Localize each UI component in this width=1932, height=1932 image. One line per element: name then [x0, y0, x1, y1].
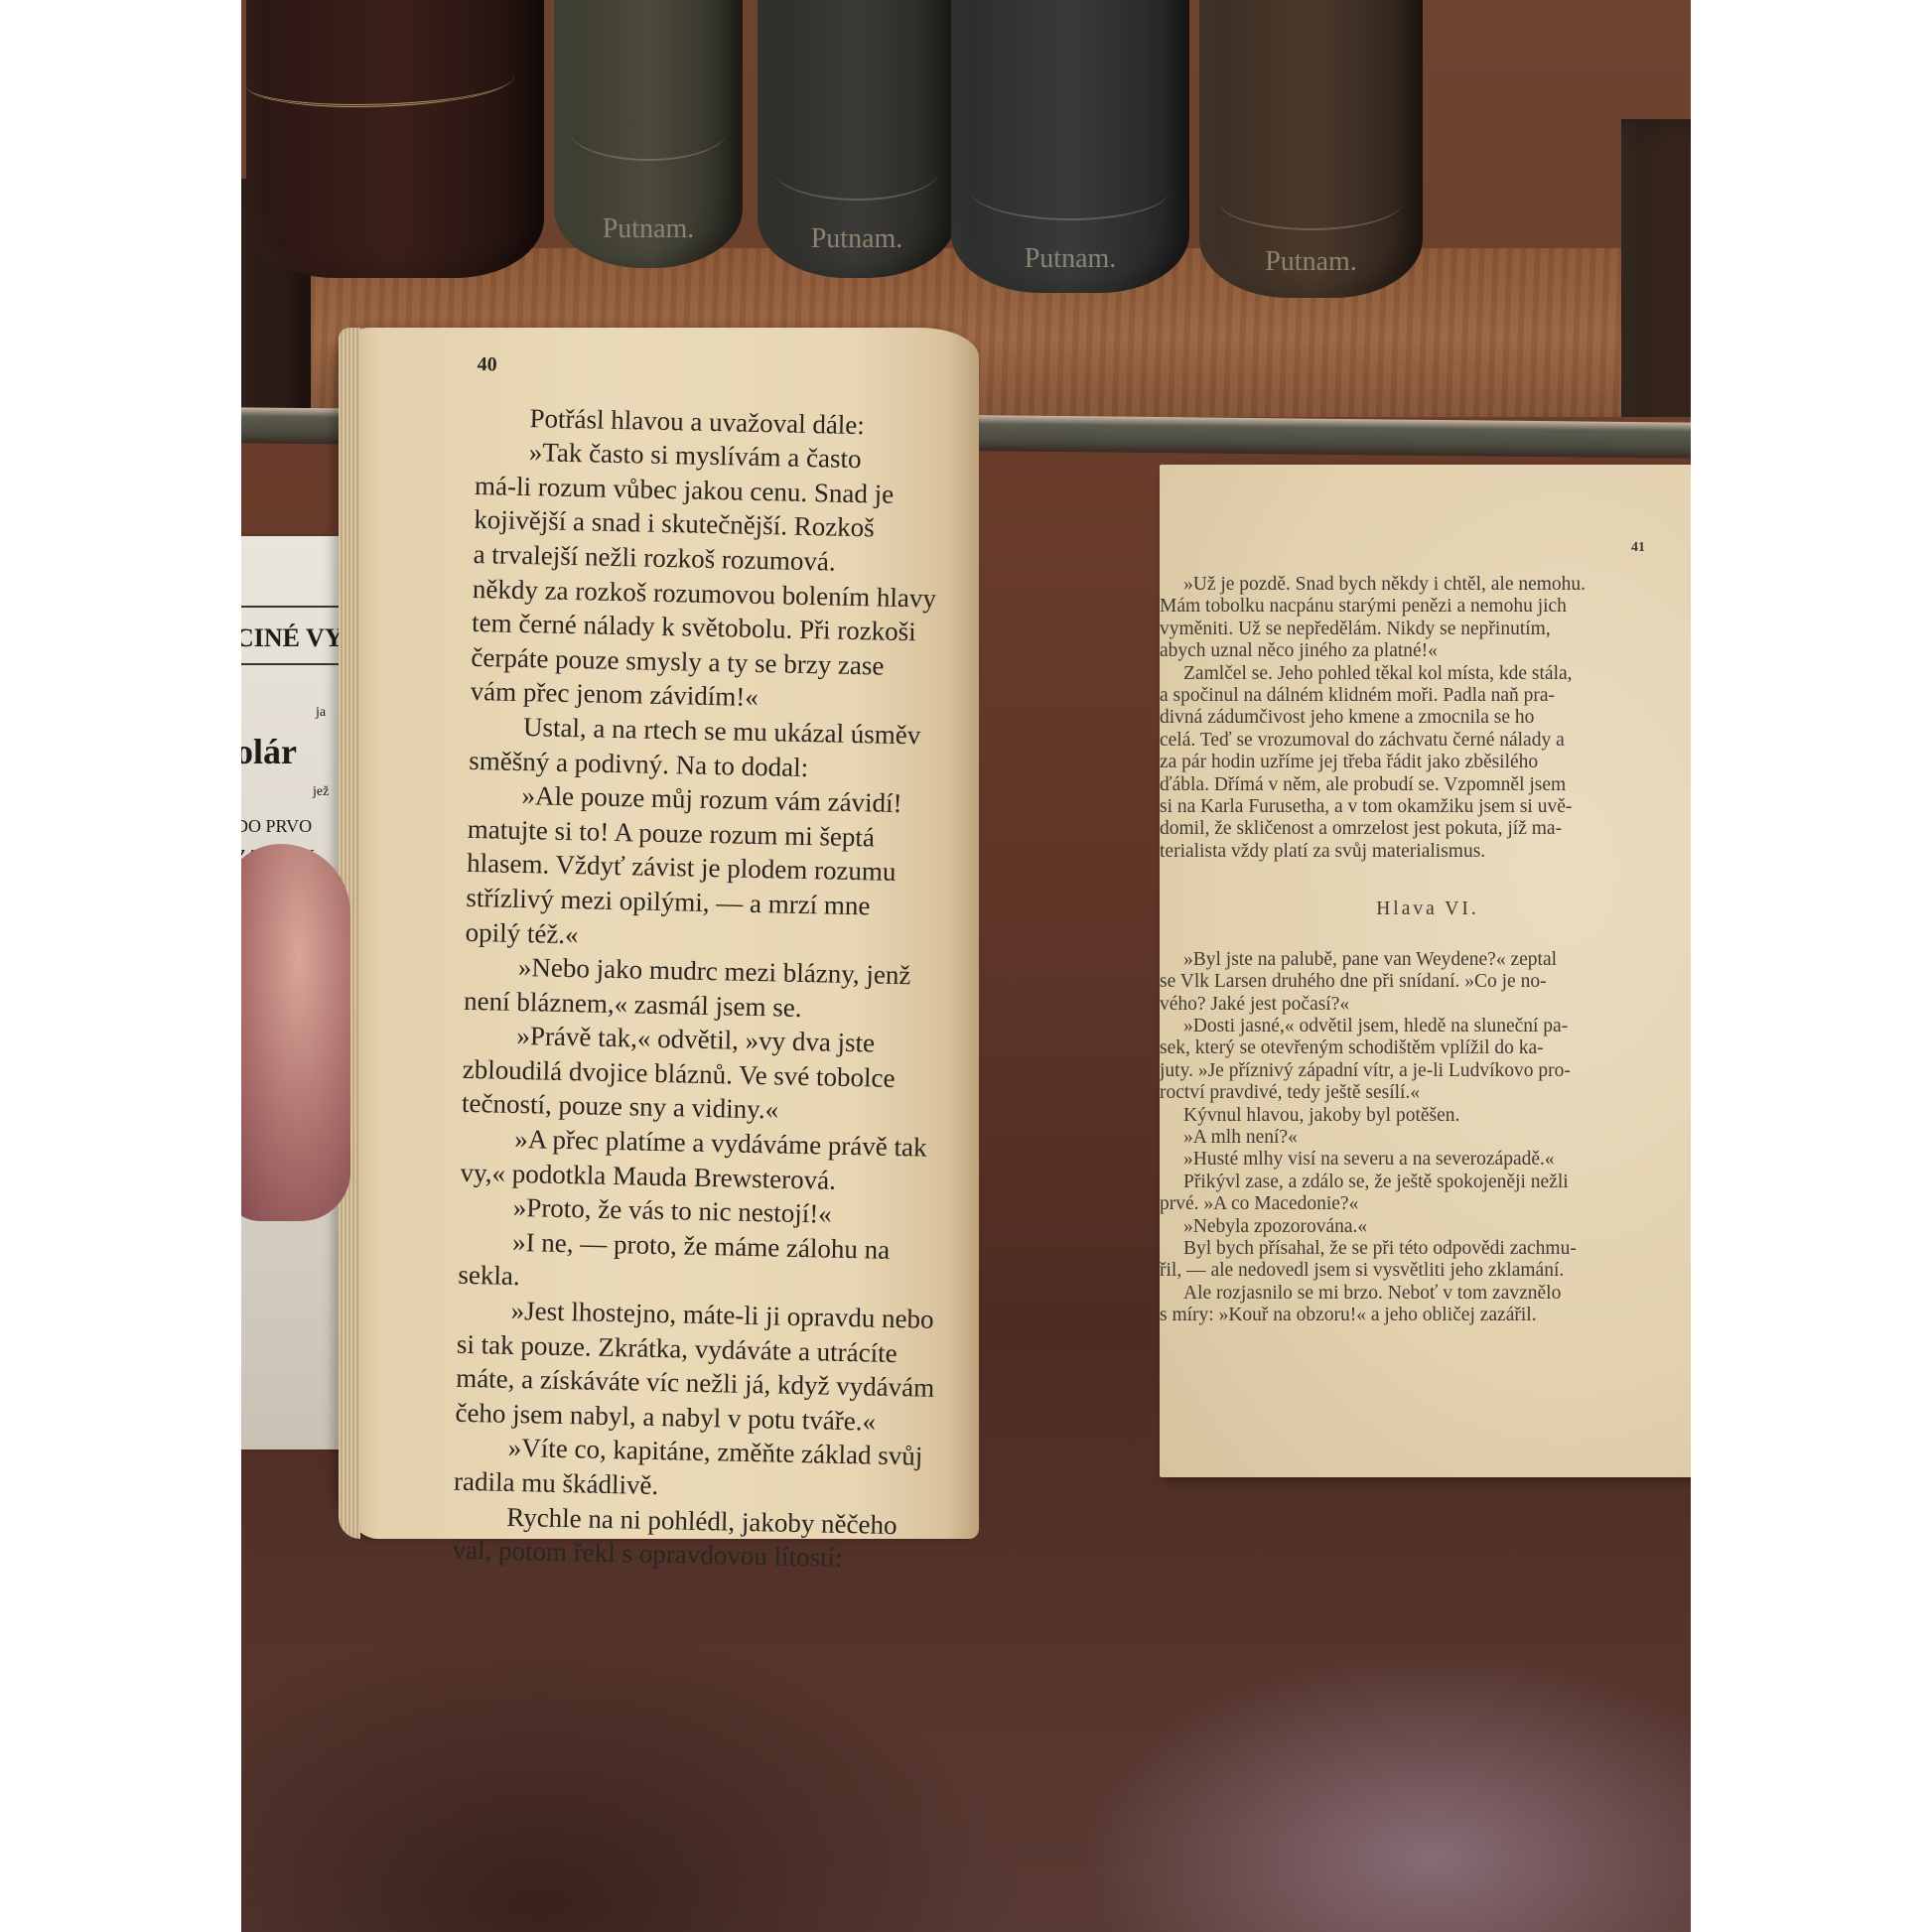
text-lines: »Už je pozdě. Snad bych někdy i chtěl, a… [1160, 574, 1691, 863]
spine-label: Putnam. [951, 243, 1189, 275]
spine-label: Putnam. [554, 213, 743, 245]
text-line: sek, který se otevřeným schodištěm vplíž… [1160, 1037, 1691, 1059]
shelf-book: Putnam. [554, 0, 743, 268]
spine-band [773, 139, 940, 201]
text-line: Ale rozjasnilo se mi brzo. Neboť v tom z… [1160, 1283, 1691, 1305]
page-number: 40 [477, 347, 1034, 393]
text-line: si na Karla Furusetha, a v tom okamžiku … [1160, 796, 1691, 818]
text-lines: Potřásl hlavou a uvažoval dále:»Tak čast… [452, 400, 1033, 1580]
shelf-book [1621, 119, 1691, 447]
text-line: s míry: »Kouř na obzoru!« a jeho obličej… [1160, 1305, 1691, 1326]
text-line: Přikývl zase, a zdálo se, že ještě spoko… [1160, 1172, 1691, 1193]
text-line: »Husté mlhy visí na severu a na severozá… [1160, 1149, 1691, 1171]
chapter-heading: Hlava VI. [1160, 898, 1691, 920]
text-line: domil, že skličenost a omrzelost jest po… [1160, 818, 1691, 840]
text-line: ďábla. Dřímá v něm, ale probudí se. Vzpo… [1160, 774, 1691, 796]
text-line: Zamlčel se. Jeho pohled těkal kol místa,… [1160, 663, 1691, 685]
page-number: 41 [1631, 540, 1645, 556]
spine-label: Putnam. [1199, 246, 1423, 278]
spine-band [970, 159, 1171, 220]
thumb [241, 844, 350, 1221]
text-line: Kývnul hlavou, jakoby byl potěšen. [1160, 1105, 1691, 1127]
text-line: »Byl jste na palubě, pane van Weydene?« … [1160, 949, 1691, 971]
text-line: »A mlh není?« [1160, 1127, 1691, 1149]
text-line: divná zádumčivost jeho kmene a zmocnila … [1160, 707, 1691, 729]
text-line: vyměniti. Už se nepředělám. Nikdy se nep… [1160, 619, 1691, 640]
shelf-book: Putnam. [758, 0, 956, 278]
text-line: za pár hodin uzříme jej třeba řádit jako… [1160, 752, 1691, 773]
text-line: abych uznal něco jiného za platné!« [1160, 640, 1691, 662]
book-page-right: 41 »Už je pozdě. Snad bych někdy i chtěl… [1160, 465, 1691, 1477]
shelf-book: Putnam. [1199, 0, 1423, 298]
text-line: prvé. »A co Macedonie?« [1160, 1193, 1691, 1215]
spine-band [569, 99, 728, 161]
text-line: celá. Teď se vrozumoval do záchvatu čern… [1160, 730, 1691, 752]
text-line: Byl bych přísahal, že se při této odpově… [1160, 1238, 1691, 1260]
text-line: se Vlk Larsen druhého dne při snídaní. »… [1160, 971, 1691, 993]
page-text-left: 40 Potřásl hlavou a uvažoval dále:»Tak č… [452, 347, 1034, 1579]
text-line: »Už je pozdě. Snad bych někdy i chtěl, a… [1160, 574, 1691, 596]
spine-label: L. 28. [252, 0, 337, 2]
text-line: vého? Jaké jest počasí?« [1160, 994, 1691, 1016]
shelf-book-leather: L. 28. [246, 0, 544, 278]
gilt-line [246, 55, 514, 107]
spine-label: Putnam. [758, 223, 956, 255]
photo: L. 28. Putnam. Putnam. Putnam. Putnam. C… [241, 0, 1691, 1932]
book-page-left: 40 Potřásl hlavou a uvažoval dále:»Tak č… [339, 328, 979, 1539]
text-line: roctví pravdivé, tedy ještě sesílí.« [1160, 1082, 1691, 1104]
text-line: »Nebyla zpozorována.« [1160, 1216, 1691, 1238]
page-text-right: »Už je pozdě. Snad bych někdy i chtěl, a… [1160, 574, 1691, 1327]
text-line: juty. »Je příznivý západní vítr, a je-li… [1160, 1060, 1691, 1082]
text-line: terialista vždy platí za svůj materialis… [1160, 841, 1691, 863]
text-line: Mám tobolku nacpánu starými penězi a nem… [1160, 596, 1691, 618]
text-lines: »Byl jste na palubě, pane van Weydene?« … [1160, 949, 1691, 1327]
shelf-book: Putnam. [951, 0, 1189, 293]
text-line: řil, — ale nedovedl jsem si vysvětliti j… [1160, 1260, 1691, 1282]
text-line: a spočinul na dálném klidném moři. Padla… [1160, 685, 1691, 707]
spine-band [1217, 169, 1405, 230]
text-line: »Dosti jasné,« odvětil jsem, hledě na sl… [1160, 1016, 1691, 1037]
